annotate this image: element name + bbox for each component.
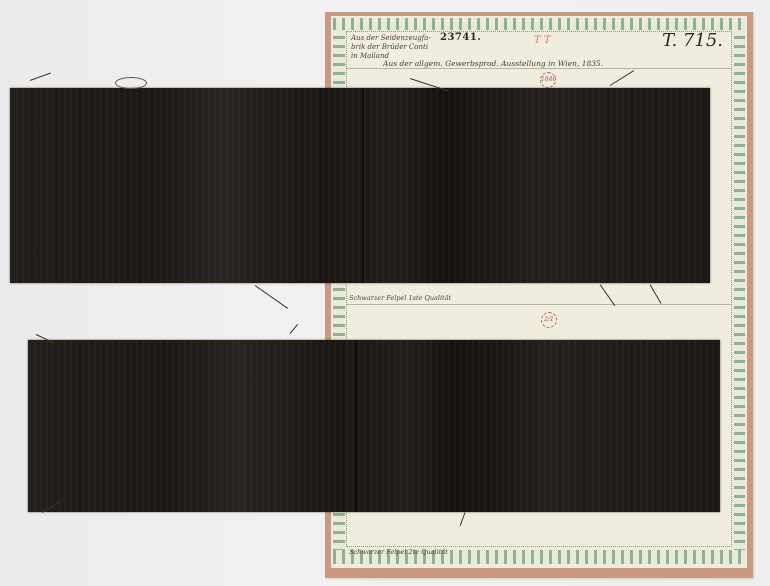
red-mark: T T: [534, 35, 551, 46]
loose-thread: [30, 73, 51, 81]
fabric-strip-upper: [10, 88, 710, 283]
loose-thread: [290, 324, 298, 334]
stamp-top: 1846: [540, 72, 556, 88]
maker-note-line-2: brik der Brüder Conti: [351, 43, 431, 52]
inventory-number: 23741.: [440, 32, 481, 43]
catalog-number: T. 715.: [662, 30, 723, 51]
maker-note: Aus der Seidenzeugfa- brik der Brüder Co…: [351, 34, 431, 61]
loose-thread-loop: [115, 77, 147, 89]
label-sample-1: Schwarzer Felpel 1ste Qualität: [349, 294, 451, 302]
fabric-strip-lower: [28, 340, 720, 512]
fabric-seam: [355, 340, 357, 512]
header-rule: [347, 68, 731, 69]
maker-note-line-1: Aus der Seidenzeugfa-: [351, 34, 431, 43]
label-sample-2: Schwarzer Felpel 2te Qualität: [349, 548, 448, 556]
fabric-seam: [362, 88, 364, 283]
stamp-middle: 2/1: [541, 312, 557, 328]
middle-rule: [347, 304, 731, 305]
loose-thread: [255, 285, 288, 309]
exhibition-note: Aus der allgem. Gewerbsprod. Ausstellung…: [383, 59, 603, 68]
